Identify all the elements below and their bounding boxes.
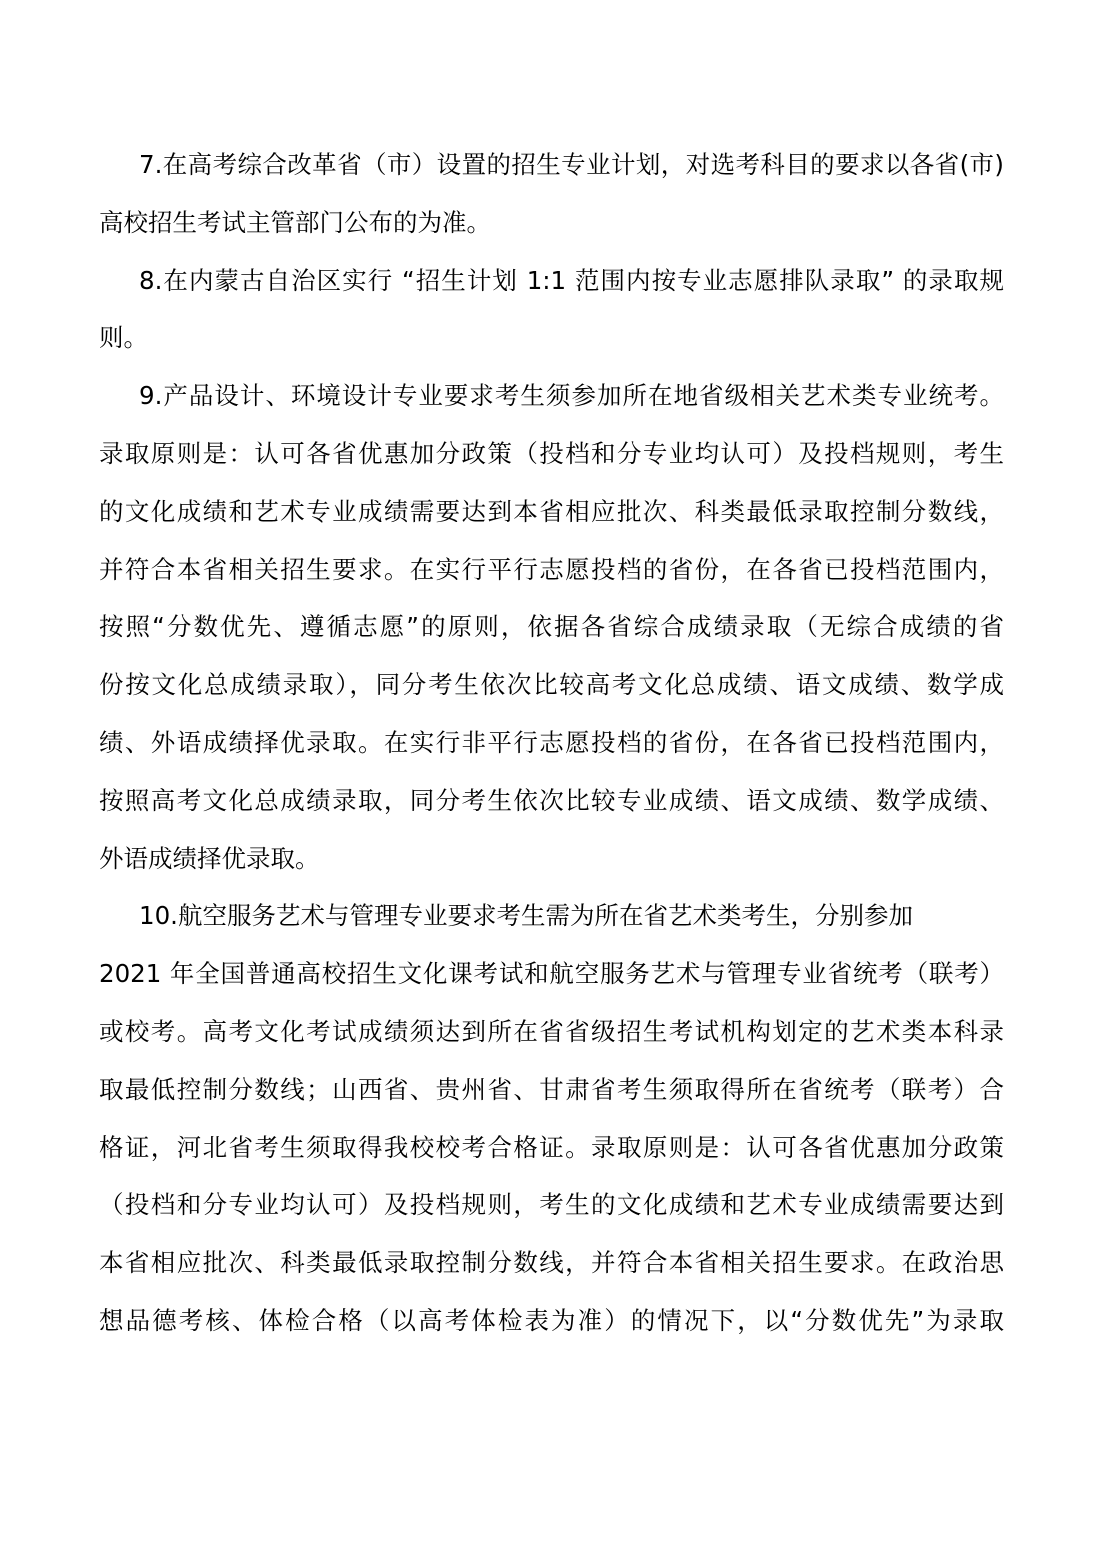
- text-line: 9.产品设计、环境设计专业要求考生须参加所在地省级相关艺术类专业统考。: [99, 367, 1004, 425]
- text-line: 格证，河北省考生须取得我校校考合格证。录取原则是：认可各省优惠加分政策: [99, 1119, 1004, 1177]
- text-line: 按照“分数优先、遵循志愿”的原则，依据各省综合成绩录取（无综合成绩的省: [99, 598, 1004, 656]
- text-line: 的文化成绩和艺术专业成绩需要达到本省相应批次、科类最低录取控制分数线，: [99, 483, 1004, 541]
- text-line: 外语成绩择优录取。: [99, 830, 1004, 888]
- text-line: 本省相应批次、科类最低录取控制分数线，并符合本省相关招生要求。在政治思: [99, 1234, 1004, 1292]
- text-line: 高校招生考试主管部门公布的为准。: [99, 194, 1004, 252]
- paragraph-item-9: 9.产品设计、环境设计专业要求考生须参加所在地省级相关艺术类专业统考。 录取原则…: [99, 367, 1004, 887]
- text-line: （投档和分专业均认可）及投档规则，考生的文化成绩和艺术专业成绩需要达到: [99, 1176, 1004, 1234]
- text-line: 并符合本省相关招生要求。在实行平行志愿投档的省份，在各省已投档范围内，: [99, 541, 1004, 599]
- text-line: 或校考。高考文化考试成绩须达到所在省省级招生考试机构划定的艺术类本科录: [99, 1003, 1004, 1061]
- text-line: 想品德考核、体检合格（以高考体检表为准）的情况下，以“分数优先”为录取: [99, 1292, 1004, 1350]
- text-line: 取最低控制分数线；山西省、贵州省、甘肃省考生须取得所在省统考（联考）合: [99, 1061, 1004, 1119]
- text-line: 则。: [99, 309, 1004, 367]
- text-line: 2021 年全国普通高校招生文化课考试和航空服务艺术与管理专业省统考（联考）: [99, 945, 1004, 1003]
- text-line: 7.在高考综合改革省（市）设置的招生专业计划，对选考科目的要求以各省(市): [99, 136, 1004, 194]
- text-line: 绩、外语成绩择优录取。在实行非平行志愿投档的省份，在各省已投档范围内，: [99, 714, 1004, 772]
- text-line: 8.在内蒙古自治区实行 “招生计划 1:1 范围内按专业志愿排队录取” 的录取规: [99, 252, 1004, 310]
- paragraph-item-8: 8.在内蒙古自治区实行 “招生计划 1:1 范围内按专业志愿排队录取” 的录取规…: [99, 252, 1004, 368]
- text-line: 录取原则是：认可各省优惠加分政策（投档和分专业均认可）及投档规则，考生: [99, 425, 1004, 483]
- document-page: 7.在高考综合改革省（市）设置的招生专业计划，对选考科目的要求以各省(市) 高校…: [99, 136, 1004, 1350]
- text-line: 10.航空服务艺术与管理专业要求考生需为所在省艺术类考生，分别参加: [99, 887, 1004, 945]
- text-line: 份按文化总成绩录取），同分考生依次比较高考文化总成绩、语文成绩、数学成: [99, 656, 1004, 714]
- paragraph-item-10: 10.航空服务艺术与管理专业要求考生需为所在省艺术类考生，分别参加 2021 年…: [99, 887, 1004, 1349]
- paragraph-item-7: 7.在高考综合改革省（市）设置的招生专业计划，对选考科目的要求以各省(市) 高校…: [99, 136, 1004, 252]
- text-line: 按照高考文化总成绩录取，同分考生依次比较专业成绩、语文成绩、数学成绩、: [99, 772, 1004, 830]
